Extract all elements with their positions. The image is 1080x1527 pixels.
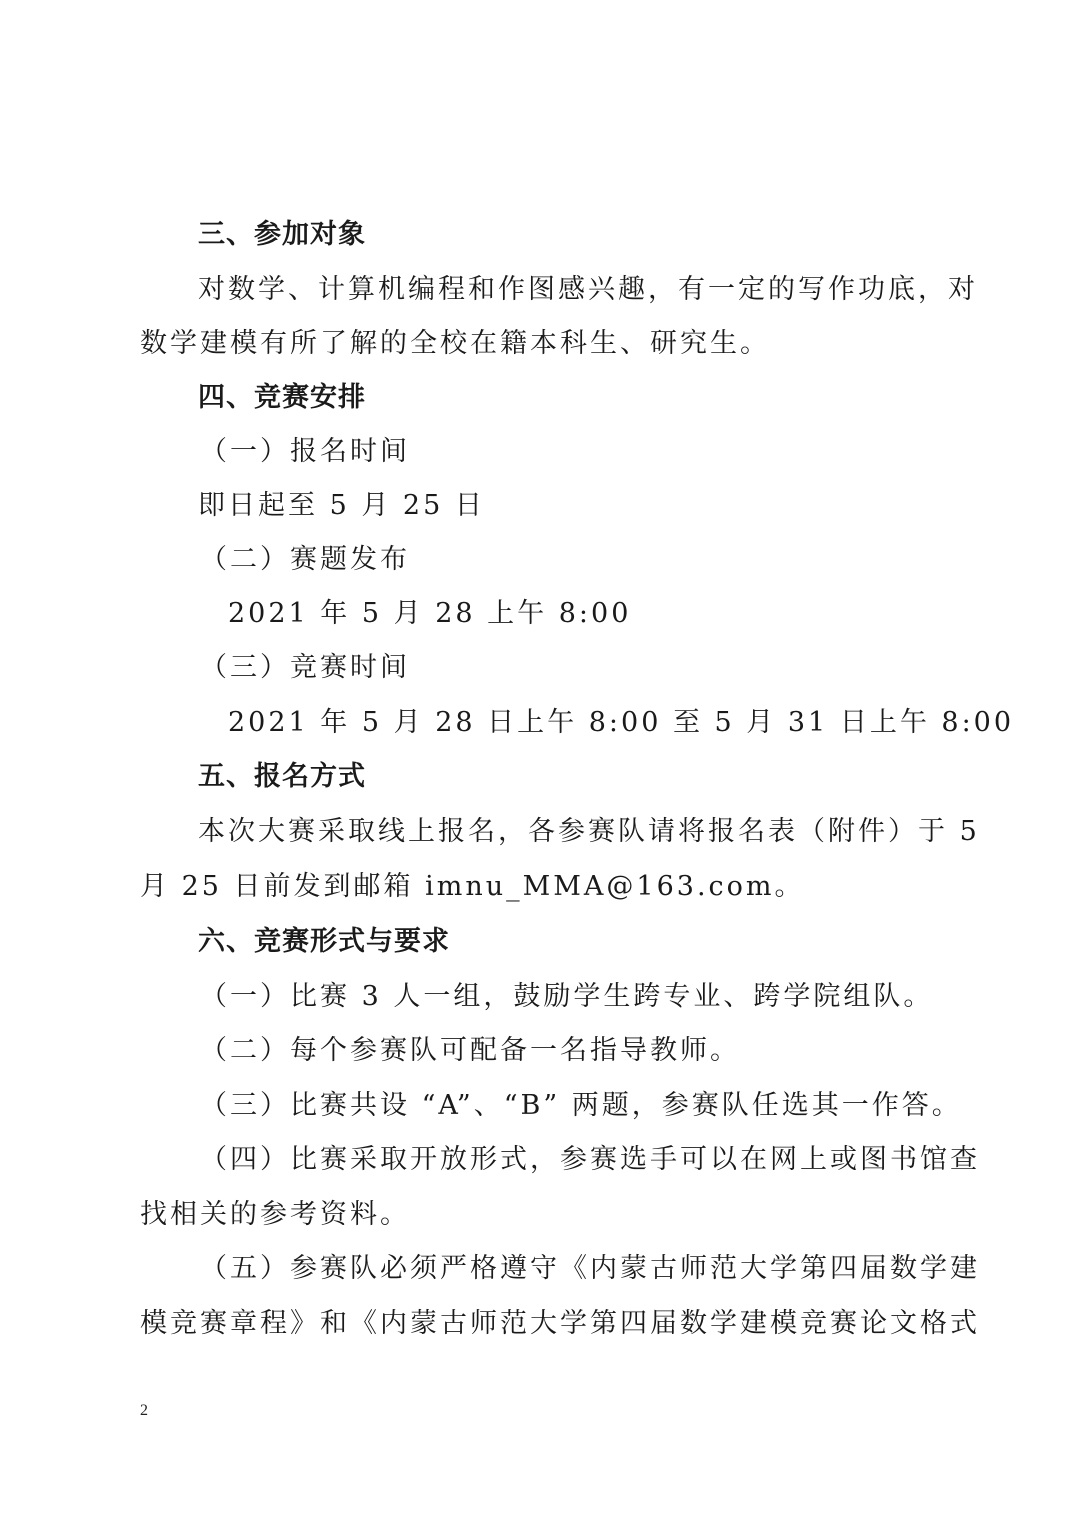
section-heading-registration-method: 五、报名方式 — [198, 760, 366, 794]
schedule-registration-title: （一）报名时间 — [200, 435, 410, 469]
schedule-competition-title: （三）竞赛时间 — [200, 651, 410, 685]
page-number: 2 — [140, 1401, 148, 1421]
requirement-item-5-line-2: 模竞赛章程》和《内蒙古师范大学第四届数学建模竞赛论文格式 — [140, 1307, 980, 1341]
requirement-item-2: （二）每个参赛队可配备一名指导教师。 — [200, 1034, 740, 1068]
schedule-release-value: 2021 年 5 月 28 上午 8:00 — [228, 597, 631, 631]
section-heading-format-requirements: 六、竞赛形式与要求 — [198, 925, 450, 959]
participants-body-line-1: 对数学、计算机编程和作图感兴趣，有一定的写作功底，对 — [198, 273, 978, 307]
registration-body-line-1: 本次大赛采取线上报名，各参赛队请将报名表（附件）于 5 — [198, 815, 980, 849]
requirement-item-3: （三）比赛共设 “A”、“B” 两题，参赛队任选其一作答。 — [200, 1089, 962, 1123]
requirement-item-1: （一）比赛 3 人一组，鼓励学生跨专业、跨学院组队。 — [200, 980, 933, 1014]
section-heading-participants: 三、参加对象 — [198, 218, 366, 252]
registration-body-line-2: 月 25 日前发到邮箱 imnu_MMA@163.com。 — [140, 870, 805, 904]
schedule-release-title: （二）赛题发布 — [200, 543, 410, 577]
document-page: 三、参加对象 对数学、计算机编程和作图感兴趣，有一定的写作功底，对 数学建模有所… — [0, 0, 1080, 1527]
schedule-competition-value: 2021 年 5 月 28 日上午 8:00 至 5 月 31 日上午 8:00 — [228, 706, 1014, 740]
participants-body-line-2: 数学建模有所了解的全校在籍本科生、研究生。 — [140, 327, 770, 361]
requirement-item-4-line-2: 找相关的参考资料。 — [140, 1198, 410, 1232]
section-heading-schedule: 四、竞赛安排 — [198, 381, 366, 415]
requirement-item-5-line-1: （五）参赛队必须严格遵守《内蒙古师范大学第四届数学建 — [200, 1252, 980, 1286]
schedule-registration-value: 即日起至 5 月 25 日 — [198, 489, 485, 523]
requirement-item-4-line-1: （四）比赛采取开放形式，参赛选手可以在网上或图书馆查 — [200, 1143, 980, 1177]
